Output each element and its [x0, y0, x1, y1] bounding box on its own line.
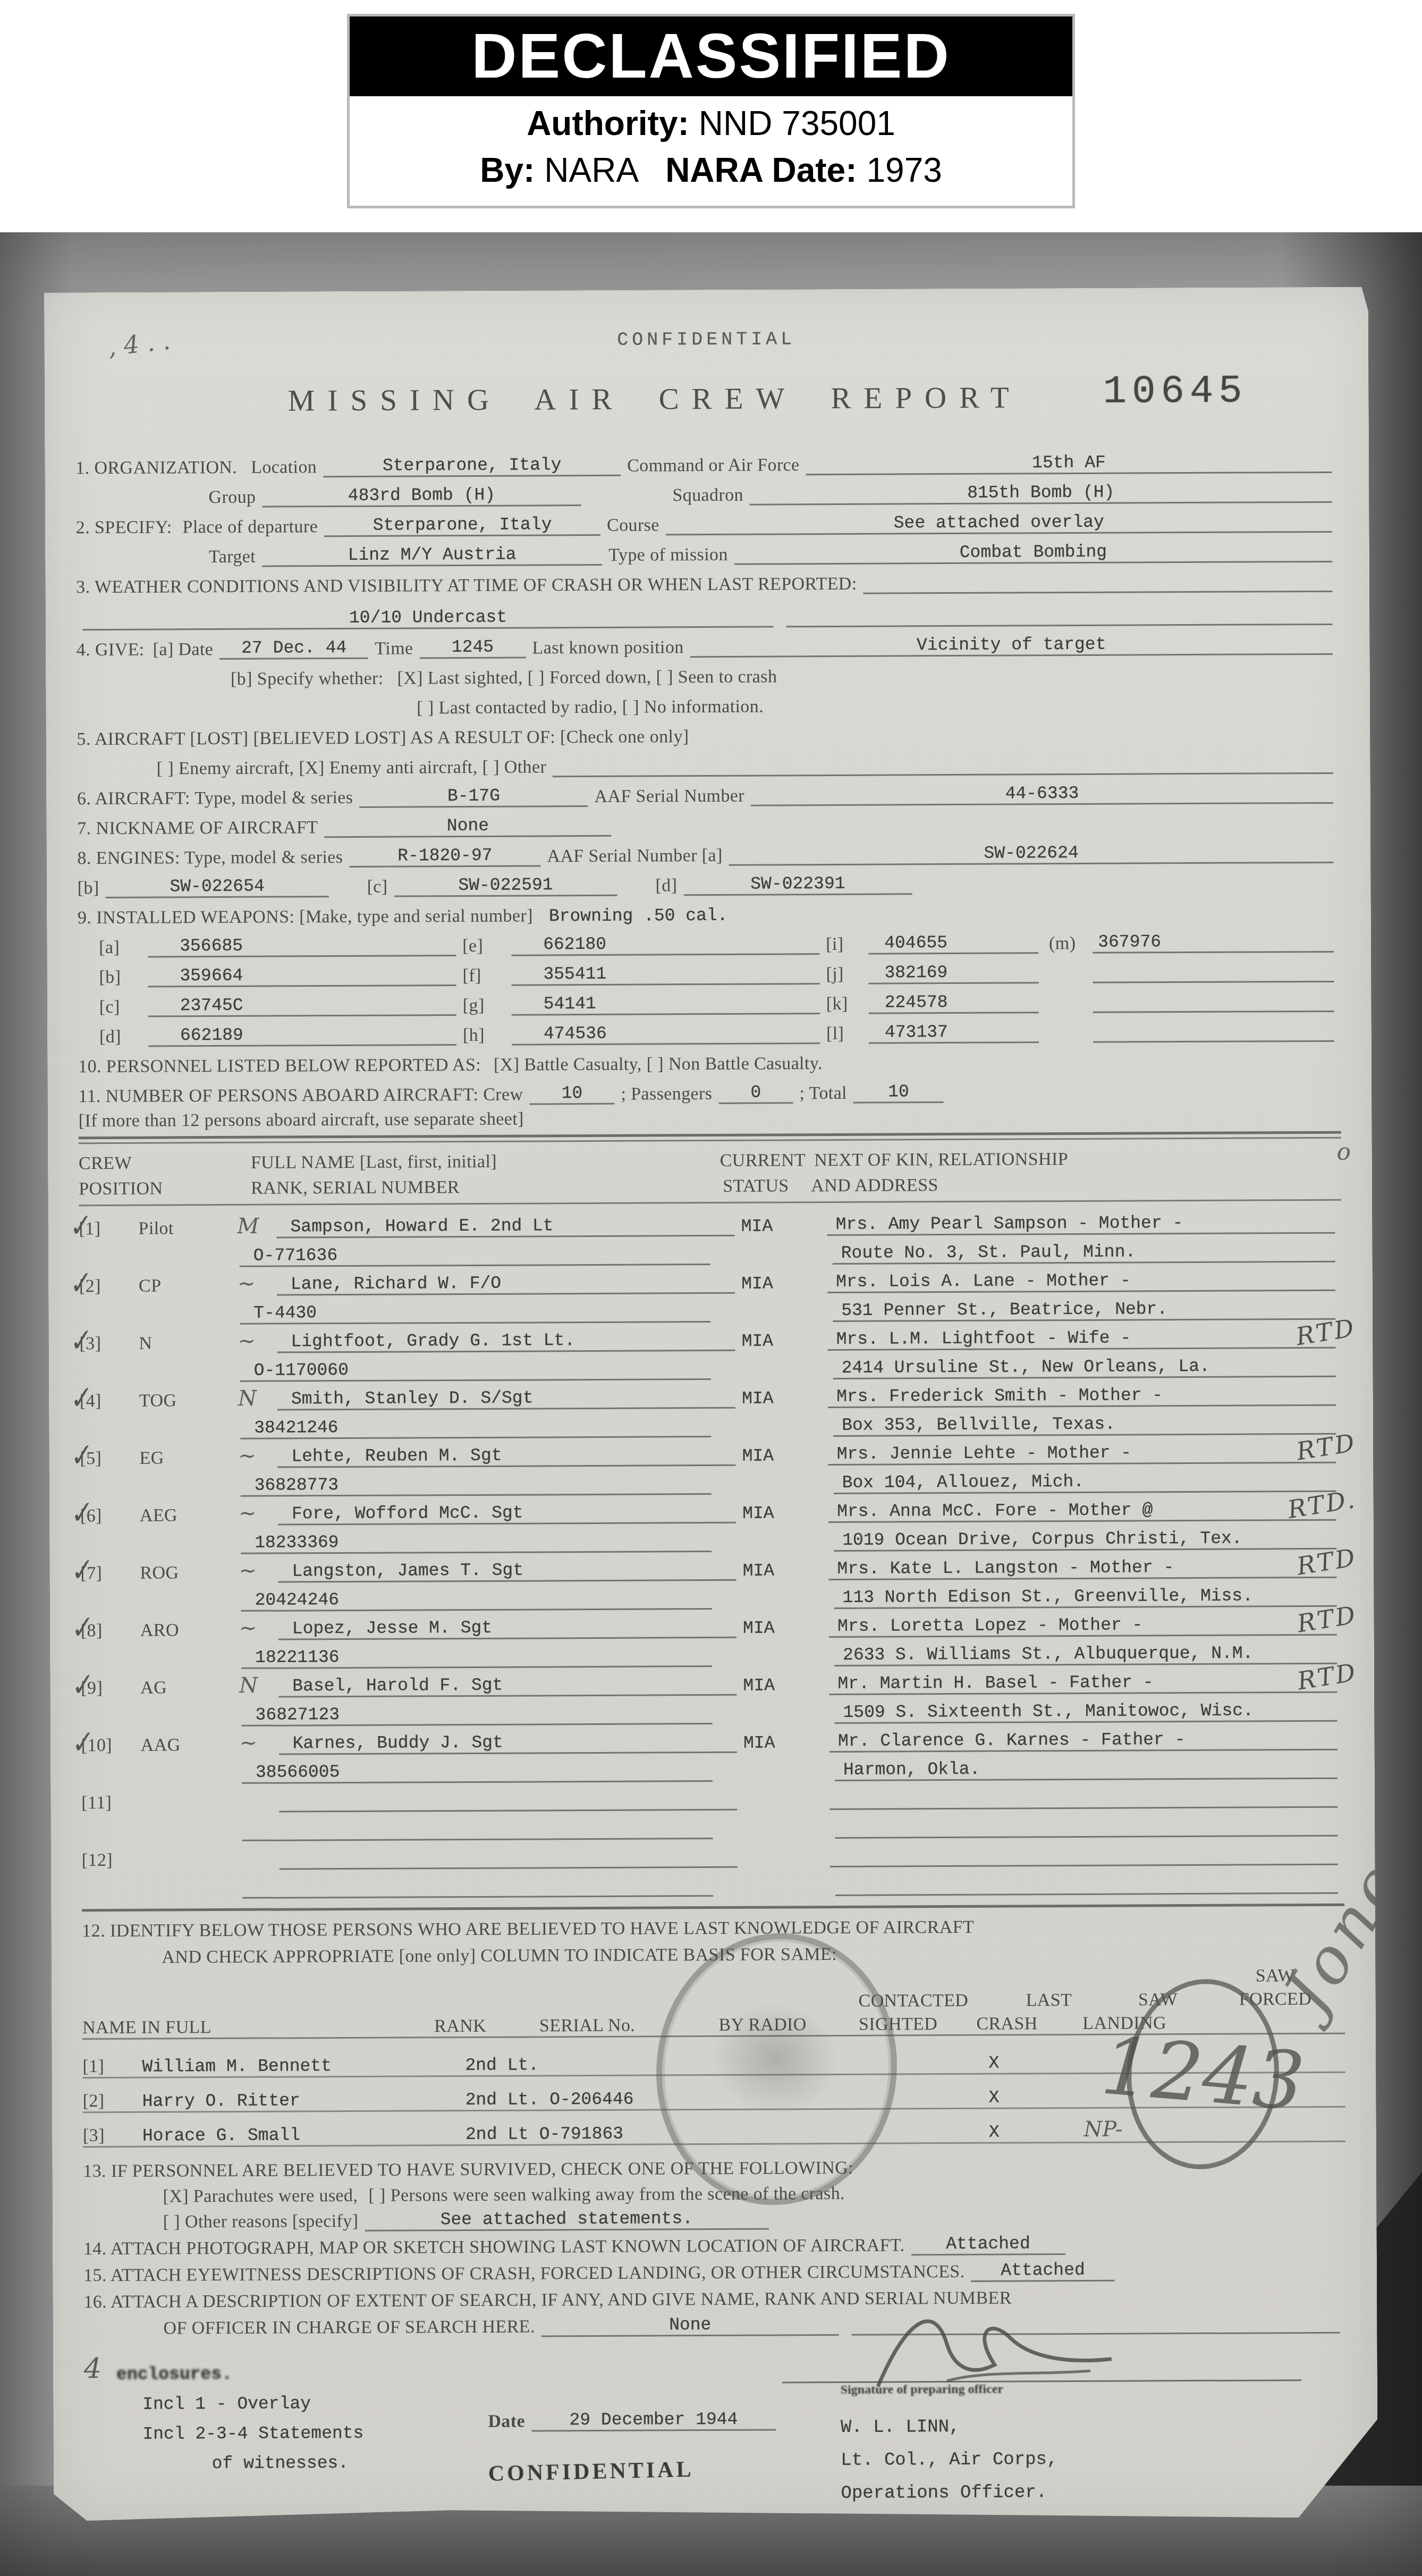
group-value: 483rd Bomb (H)	[262, 485, 581, 508]
crew-header-col2b: RANK, SERIAL NUMBER	[237, 1176, 723, 1199]
witness-sighted-mark: X	[933, 2122, 1055, 2142]
crew-serial: O-1170060	[240, 1359, 711, 1382]
engine-c-label: [c]	[367, 877, 388, 897]
passengers-count: 0	[718, 1082, 793, 1104]
scanned-photo-background: , 4 . . CONFIDENTIAL MISSING AIR CREW RE…	[0, 232, 1422, 2576]
crew-serial: 38566005	[242, 1761, 713, 1784]
spacer	[1248, 414, 1338, 414]
item8-label: 8. ENGINES: Type, model & series	[77, 847, 343, 869]
crew-name-rank: Lehte, Reuben M. Sgt	[277, 1445, 735, 1468]
weapon-serial: 474536	[512, 1023, 820, 1046]
authority-value: NND 735001	[699, 104, 895, 143]
witness-number: [1]	[82, 2057, 131, 2077]
footer: 4 enclosures. Incl 1 - Overlay Incl 2-3-…	[84, 2347, 1347, 2513]
report-number: 10645	[1103, 369, 1247, 415]
incl234-line1: Incl 2-3-4 Statements	[142, 2423, 363, 2444]
pencil-o-mark: o	[1336, 1139, 1351, 1166]
crew-kin-line1: Mrs. Anna McC. Fore - Mother @	[828, 1500, 1336, 1523]
weapon-label: [h]	[463, 1025, 505, 1046]
item3-label: 3. WEATHER CONDITIONS AND VISIBILITY AT …	[76, 574, 857, 597]
item3-underline	[864, 591, 1333, 594]
item4a-label: [a] Date	[153, 639, 214, 660]
item4-label: 4. GIVE:	[77, 640, 145, 661]
weapon-label: [d]	[99, 1027, 142, 1047]
footer-middle: Date 29 December 1944 CONFIDENTIAL	[488, 2350, 783, 2511]
pencil-mark: ~	[238, 1329, 270, 1353]
crew-kin-line2: 531 Penner St., Beatrice, Nebr.	[833, 1299, 1335, 1322]
item14-label: 14. ATTACH PHOTOGRAPH, MAP OR SKETCH SHO…	[83, 2235, 905, 2259]
target-label: Target	[209, 547, 256, 567]
page-title: MISSING AIR CREW REPORT	[288, 380, 1022, 418]
item4b-label: [b] Specify whether:	[231, 669, 384, 689]
footer-date-label: Date	[488, 2412, 525, 2432]
table-row: ✓ [1] Pilot M Sampson, Howard E. 2nd Lt …	[79, 1205, 1341, 1268]
form-content: CONFIDENTIAL MISSING AIR CREW REPORT 106…	[44, 287, 1378, 2514]
weapon-label: [k]	[826, 994, 869, 1014]
crew-status: MIA	[743, 1618, 823, 1638]
footer-enclosures: 4 enclosures. Incl 1 - Overlay Incl 2-3-…	[84, 2351, 488, 2513]
item13-value: See attached statements.	[365, 2209, 768, 2232]
weapon-serial: 359664	[148, 965, 456, 988]
crew-table-body: ✓ [1] Pilot M Sampson, Howard E. 2nd Lt …	[79, 1205, 1344, 1899]
total-label: ; Total	[799, 1083, 847, 1104]
witness-header-crash: CRASH	[959, 2014, 1055, 2034]
crew-name-rank: Basel, Harold F. Sgt	[278, 1674, 737, 1698]
crew-kin-line2: 1509 S. Sixteenth St., Manitowoc, Wisc.	[834, 1701, 1337, 1724]
crew-status: MIA	[742, 1503, 822, 1523]
witness-name: Harry O. Ritter	[132, 2090, 434, 2111]
weapons-grid: [a] 356685 [e] 662180 [i] 404655 (m) 367…	[78, 923, 1341, 1047]
crew-kin-line2: 2414 Ursuline St., New Orleans, La.	[833, 1356, 1336, 1379]
pencil-mark: ~	[240, 1731, 273, 1755]
officer-title: Operations Officer.	[841, 2475, 1347, 2510]
witness-sighted-mark: X	[933, 2087, 1055, 2108]
item12-label-1: 12. IDENTIFY BELOW THOSE PERSONS WHO ARE…	[82, 1917, 974, 1941]
weapon-label: [b]	[99, 967, 141, 988]
item11-note: [If more than 12 persons aboard aircraft…	[79, 1109, 524, 1132]
table-row: ✓ RTD [5] EG ~ Lehte, Reuben M. Sgt MIA …	[80, 1435, 1342, 1497]
item1-label: 1. ORGANIZATION.	[75, 458, 237, 478]
table-row: ✓ RTD [8] ARO ~ Lopez, Jesse M. Sgt MIA …	[81, 1607, 1343, 1670]
classification-top: CONFIDENTIAL	[617, 329, 795, 350]
crew-kin-line2: Harmon, Okla.	[835, 1758, 1338, 1781]
weapon-serial: 23745C	[148, 995, 456, 1017]
crew-position: AEG	[140, 1505, 239, 1526]
pencil-mark: M	[237, 1214, 270, 1239]
weapon-serial: 54141	[512, 993, 820, 1016]
crew-header-col1a: CREW	[79, 1153, 237, 1174]
witness-number: [2]	[83, 2091, 132, 2111]
item16-label-2: OF OFFICER IN CHARGE OF SEARCH HERE.	[163, 2317, 535, 2338]
date-value: 27 Dec. 44	[219, 638, 368, 660]
crew-name-rank: Karnes, Buddy J. Sgt	[279, 1732, 737, 1755]
weapon-label-extra: (m)	[1038, 933, 1086, 954]
witness-name: William M. Bennett	[131, 2056, 433, 2076]
item15-value: Attached	[971, 2260, 1114, 2282]
crew-kin-line1: Mr. Clarence G. Karnes - Father -	[829, 1729, 1338, 1753]
engine-serial-a: SW-022624	[729, 842, 1334, 866]
item5-options: [ ] Enemy aircraft, [X] Enemy anti aircr…	[157, 757, 547, 779]
witness-table: 1243 Jones SAW CONTACTED LAST SAW FORCED…	[82, 1963, 1345, 2148]
crew-kin-line1: Mr. Martin H. Basel - Father -	[829, 1672, 1337, 1695]
document-paper: , 4 . . CONFIDENTIAL MISSING AIR CREW RE…	[44, 287, 1378, 2523]
squadron-value: 815th Bomb (H)	[750, 482, 1332, 506]
command-label: Command or Air Force	[627, 455, 800, 476]
nara-date-value: 1973	[866, 150, 942, 190]
crew-header-col3a: CURRENT	[720, 1150, 806, 1171]
authority-label: Authority:	[527, 104, 689, 143]
position-label: Last known position	[532, 637, 683, 658]
table-row: ✓ RTD [9] AG N Basel, Harold F. Sgt MIA …	[81, 1664, 1343, 1727]
crew-status: MIA	[742, 1388, 822, 1409]
item9-label: 9. INSTALLED WEAPONS: [Make, type and se…	[78, 906, 533, 928]
course-value: See attached overlay	[666, 511, 1332, 535]
time-label: Time	[375, 638, 413, 659]
crew-name-rank: Lane, Richard W. F/O	[277, 1273, 735, 1296]
group-label: Group	[208, 487, 256, 508]
crew-name-rank: Langston, James T. Sgt	[278, 1560, 736, 1583]
classification-bottom: CONFIDENTIAL	[488, 2457, 694, 2487]
crew-serial: 36827123	[241, 1703, 712, 1727]
weapon-label: [c]	[99, 997, 142, 1017]
crew-header-col4a: NEXT OF KIN, RELATIONSHIP	[806, 1148, 1341, 1171]
crew-kin-line2: 113 North Edison St., Greenville, Miss.	[834, 1586, 1337, 1609]
crew-header-col4b: AND ADDRESS	[802, 1174, 1341, 1196]
by-label: By:	[480, 150, 535, 190]
crew-table-header: o CREW FULL NAME [Last, first, initial] …	[79, 1143, 1341, 1199]
officer-rank: Lt. Col., Air Corps,	[841, 2442, 1347, 2477]
crew-position: EG	[139, 1448, 238, 1469]
witness-header-rank: RANK	[359, 2016, 486, 2037]
weapon-label: [i]	[826, 935, 868, 955]
crew-kin-line1: Mrs. L.M. Lightfoot - Wife -	[828, 1327, 1336, 1351]
crew-status: MIA	[741, 1216, 821, 1236]
weapon-label: [a]	[99, 938, 141, 958]
crew-kin-line2: Route No. 3, St. Paul, Minn.	[833, 1241, 1335, 1265]
pencil-mark: N	[238, 1386, 271, 1411]
time-value: 1245	[419, 637, 526, 659]
crew-serial: 18233369	[241, 1531, 712, 1554]
weapon-row: [a] 356685 [e] 662180 [i] 404655 (m) 367…	[78, 923, 1340, 958]
mission-value: Combat Bombing	[734, 541, 1332, 565]
crew-kin-line2: 1019 Ocean Drive, Corpus Christi, Tex.	[834, 1528, 1336, 1552]
crew-kin-line1: Mrs. Kate L. Langston - Mother -	[829, 1557, 1337, 1580]
pencil-mark: ~	[239, 1501, 272, 1526]
item13-option1: [X] Parachutes were used,	[163, 2186, 358, 2207]
crew-kin-line1: Mrs. Amy Pearl Sampson - Mother -	[827, 1213, 1335, 1236]
crew-name-rank: Lopez, Jesse M. Sgt	[278, 1617, 737, 1640]
engine-serial-b: SW-022654	[106, 876, 329, 898]
engine-serial-c: SW-022591	[394, 875, 617, 897]
engine-d-label: [d]	[655, 875, 677, 896]
crew-kin-line1: Mrs. Jennie Lehte - Mother -	[828, 1442, 1336, 1466]
total-count: 10	[853, 1082, 944, 1104]
crew-serial: 20424246	[241, 1588, 712, 1612]
crew-status: MIA	[741, 1274, 821, 1294]
weapon-serial: 662180	[511, 933, 819, 956]
weapon-label: [f]	[462, 966, 505, 986]
table-row: ✓ RTD [3] N ~ Lightfoot, Grady G. 1st Lt…	[79, 1320, 1342, 1383]
item4b-options: [X] Last sighted, [ ] Forced down, [ ] S…	[397, 667, 777, 688]
weapon-serial: 404655	[868, 932, 1038, 954]
table-row: ✓ [2] CP ~ Lane, Richard W. F/O MIA Mrs.…	[79, 1262, 1342, 1325]
enclosures-word: enclosures.	[116, 2364, 232, 2385]
weapon-label: [l]	[826, 1024, 869, 1044]
crew-status: MIA	[742, 1331, 822, 1351]
spacer	[75, 418, 288, 419]
declassified-title: DECLASSIFIED	[471, 20, 950, 92]
item10-label: 10. PERSONNEL LISTED BELOW REPORTED AS:	[78, 1055, 481, 1077]
aircraft-type-value: B-17G	[359, 786, 588, 808]
item16-value: None	[541, 2314, 839, 2337]
table-header-rule	[79, 1199, 1341, 1206]
item2-label: 2. SPECIFY:	[76, 517, 172, 538]
crew-number: [11]	[81, 1793, 141, 1813]
pencil-mark: ~	[239, 1559, 272, 1583]
weapon-serial: 355411	[511, 963, 819, 986]
crew-serial: T-4430	[240, 1301, 710, 1325]
weapons-make-value: Browning .50 cal.	[549, 906, 728, 926]
crew-kin-line2: Box 353, Bellville, Texas.	[833, 1413, 1336, 1437]
weapon-serial: 662189	[148, 1024, 456, 1047]
crew-position: AG	[140, 1678, 239, 1698]
crew-kin-line1: Mrs. Lois A. Lane - Mother -	[827, 1270, 1335, 1293]
crew-status: MIA	[742, 1446, 822, 1466]
mission-label: Type of mission	[608, 545, 728, 566]
witness-number: [3]	[83, 2126, 132, 2146]
command-value: 15th AF	[806, 452, 1332, 475]
aircraft-serial-value: 44-6333	[751, 782, 1333, 806]
item8-serial-label: AAF Serial Number [a]	[547, 846, 723, 866]
crew-kin-line2: Box 104, Allouez, Mich.	[834, 1471, 1336, 1494]
witness-header-serial: SERIAL No.	[486, 2015, 688, 2036]
weapon-label: [e]	[462, 936, 505, 956]
weapon-label: [j]	[826, 964, 868, 984]
item6-serial-label: AAF Serial Number	[594, 786, 744, 807]
weapon-serial: 382169	[868, 962, 1038, 984]
crew-status: MIA	[743, 1561, 823, 1581]
crew-position: N	[139, 1333, 238, 1354]
crew-kin-line1: Mrs. Frederick Smith - Mother -	[828, 1385, 1336, 1408]
crew-serial	[242, 1895, 713, 1899]
weapon-serial: 356685	[148, 935, 456, 958]
weapon-row: [c] 23745C [g] 54141 [k] 224578	[78, 982, 1341, 1017]
witness-header-name: NAME IN FULL	[82, 2017, 359, 2038]
item10-options: [X] Battle Casualty, [ ] Non Battle Casu…	[494, 1054, 823, 1075]
crew-position: AAG	[141, 1735, 240, 1756]
pencil-mark: ~	[239, 1616, 272, 1640]
engine-type-value: R-1820-97	[349, 845, 540, 868]
nara-date-label: NARA Date:	[665, 150, 857, 190]
table-row: ✓ RTD [7] ROG ~ Langston, James T. Sgt M…	[80, 1550, 1343, 1612]
witness-header-last: LAST	[988, 1990, 1110, 2011]
crew-position: CP	[139, 1276, 238, 1297]
item4b-options2: [ ] Last contacted by radio, [ ] No info…	[417, 697, 764, 719]
crew-position: ROG	[140, 1563, 239, 1584]
crew-position: ARO	[140, 1620, 239, 1641]
by-value: NARA	[544, 150, 639, 190]
item15-label: 15. ATTACH EYEWITNESS DESCRIPTIONS OF CR…	[83, 2262, 965, 2286]
course-label: Course	[607, 515, 659, 535]
weapon-row: [b] 359664 [f] 355411 [j] 382169	[78, 953, 1340, 988]
witness-name: Horace G. Small	[132, 2125, 434, 2145]
location-value: Sterparone, Italy	[323, 455, 621, 477]
location-label: Location	[251, 457, 317, 478]
passengers-label: ; Passengers	[621, 1084, 712, 1105]
enclosures-count-handwritten: 4	[84, 2353, 101, 2385]
crew-header-col2a: FULL NAME [Last, first, initial]	[237, 1151, 720, 1173]
target-value: Linz M/Y Austria	[262, 544, 602, 567]
engine-b-label: [b]	[78, 878, 99, 898]
crew-serial: 38421246	[240, 1416, 711, 1439]
crew-status: MIA	[743, 1676, 823, 1696]
item11-label: 11. NUMBER OF PERSONS ABOARD AIRCRAFT: C…	[78, 1085, 523, 1107]
item6-label: 6. AIRCRAFT: Type, model & series	[77, 788, 353, 809]
footer-signature-block: Signature of preparing officer W. L. LIN…	[782, 2347, 1347, 2511]
weapon-serial-extra: 367976	[1093, 931, 1334, 954]
departure-label: Place of departure	[182, 517, 318, 537]
crew-serial: O-771636	[240, 1244, 710, 1267]
crew-number: [12]	[82, 1850, 141, 1871]
table-row: ✓ [10] AAG ~ Karnes, Buddy J. Sgt MIA Mr…	[81, 1722, 1344, 1784]
stamp-inner-mark	[705, 1996, 845, 2122]
crew-position: Pilot	[138, 1218, 237, 1239]
crew-name-rank: Sampson, Howard E. 2nd Lt	[276, 1215, 734, 1239]
item14-value: Attached	[911, 2234, 1065, 2255]
footer-date-value: 29 December 1944	[531, 2409, 776, 2431]
engine-serial-d: SW-022391	[683, 873, 912, 896]
departure-value: Sterparone, Italy	[324, 515, 600, 537]
pencil-mark: ~	[238, 1272, 270, 1296]
item13-option3: [ ] Other reasons [specify]	[163, 2211, 359, 2233]
pencil-mark: ~	[238, 1444, 271, 1468]
officer-name: W. L. LINN,	[841, 2409, 1347, 2444]
weapon-row: [d] 662189 [h] 474536 [l] 473137	[78, 1012, 1341, 1047]
crew-name-rank: Smith, Stanley D. S/Sgt	[277, 1387, 735, 1411]
declassified-black-bar: DECLASSIFIED	[350, 16, 1072, 96]
table-row: [11]	[81, 1779, 1344, 1842]
weather-value: 10/10 Undercast	[82, 606, 773, 630]
crew-serial: 36828773	[241, 1474, 712, 1497]
witness-sighted-mark: X	[933, 2053, 1055, 2073]
signature-caption: Signature of preparing officer	[841, 2383, 1004, 2397]
spacer	[713, 1896, 829, 1897]
spacer	[82, 1899, 242, 1899]
weapon-serial: 473137	[869, 1022, 1039, 1043]
incl234-line2: of witnesses.	[212, 2453, 349, 2473]
crew-header-col3b: STATUS	[723, 1176, 802, 1197]
crew-name-rank: Fore, Wofford McC. Sgt	[278, 1502, 736, 1526]
pencil-mark: N	[239, 1673, 272, 1698]
weapon-label: [g]	[463, 996, 505, 1016]
crew-kin-line1: Mrs. Loretta Lopez - Mother -	[829, 1614, 1337, 1638]
table-row: [12]	[82, 1837, 1344, 1899]
nara-line: By: NARA NARA Date: 1973	[350, 150, 1072, 190]
table-row: ✓ RTD. [6] AEG ~ Fore, Wofford McC. Sgt …	[80, 1492, 1343, 1555]
crew-kin-line2: 2633 S. Williams St., Albuquerque, N.M.	[834, 1643, 1337, 1666]
crew-serial: 18221136	[241, 1646, 712, 1669]
item7-label: 7. NICKNAME OF AIRCRAFT	[77, 818, 318, 839]
position-value: Vicinity of target	[690, 634, 1333, 658]
table-row: ✓ [4] TOG N Smith, Stanley D. S/Sgt MIA …	[80, 1377, 1342, 1440]
incl1-line: Incl 1 - Overlay	[142, 2394, 311, 2414]
crew-count: 10	[529, 1083, 614, 1105]
squadron-label: Squadron	[672, 485, 743, 506]
crew-name-rank: Lightfoot, Grady G. 1st Lt.	[277, 1330, 735, 1353]
item5-label: 5. AIRCRAFT [LOST] [BELIEVED LOST] AS A …	[77, 727, 689, 750]
weapon-serial: 224578	[869, 992, 1039, 1014]
spacer	[1022, 415, 1103, 415]
crew-kin-line2	[835, 1892, 1338, 1896]
page-top-background: DECLASSIFIED Authority: NND 735001 By: N…	[0, 0, 1422, 232]
authority-line: Authority: NND 735001	[350, 104, 1072, 143]
crew-header-col1b: POSITION	[79, 1178, 237, 1199]
nickname-value: None	[324, 815, 611, 838]
crew-position: TOG	[139, 1391, 238, 1411]
crew-status: MIA	[743, 1733, 823, 1753]
declassified-banner: DECLASSIFIED Authority: NND 735001 By: N…	[347, 14, 1075, 208]
